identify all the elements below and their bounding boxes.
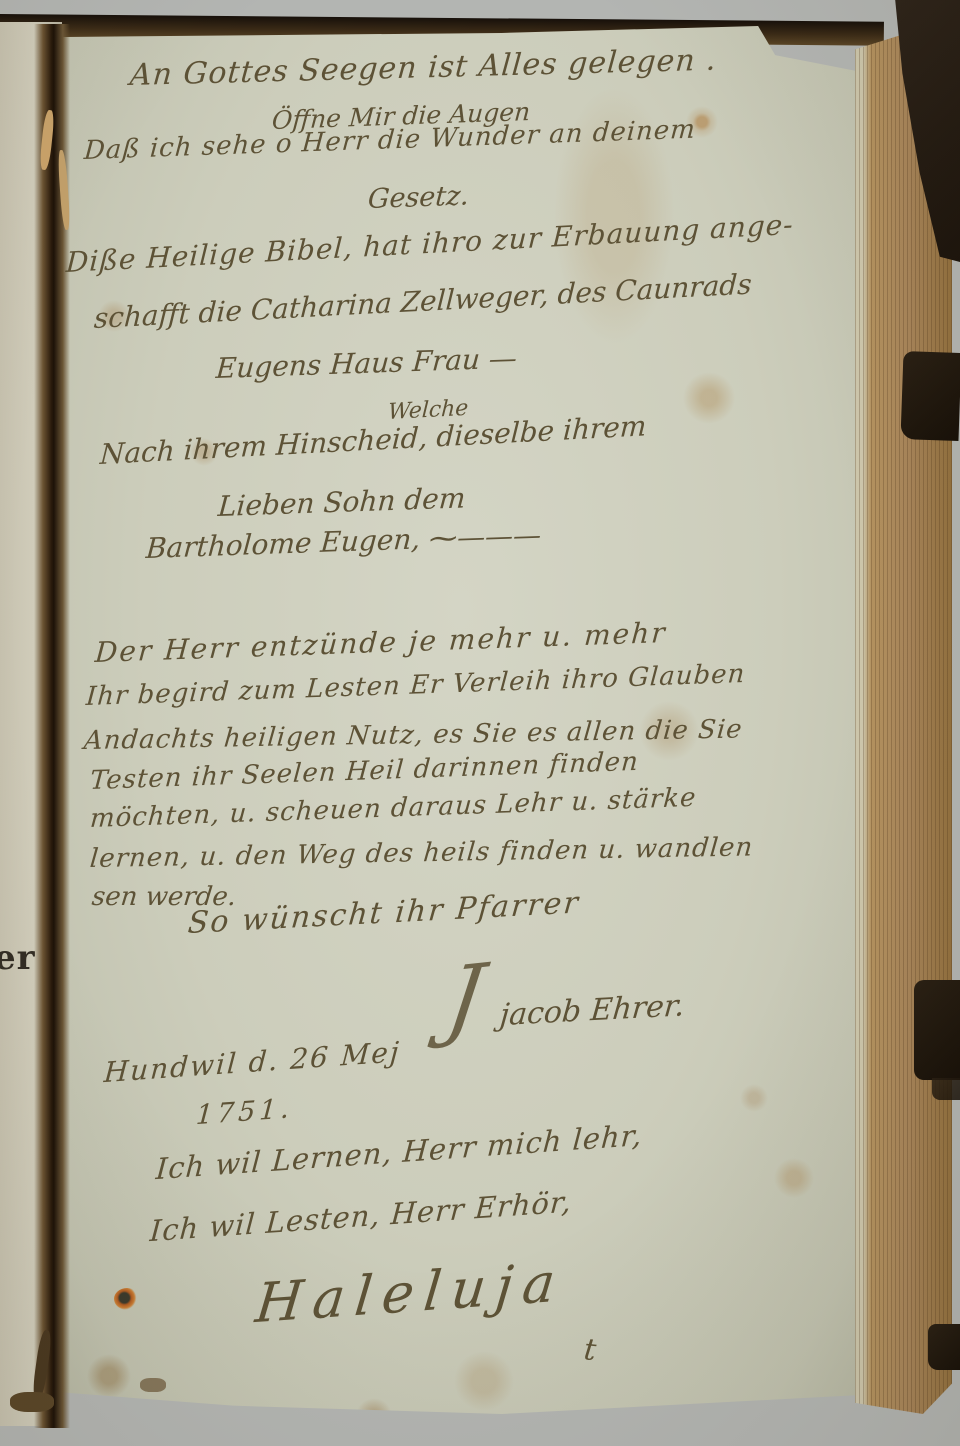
- binding-thread: [10, 1392, 54, 1412]
- metal-clasp-lower: [914, 980, 960, 1080]
- manuscript-line-4: Gesetz.: [367, 180, 470, 215]
- metal-clasp-lower-tail: [932, 1078, 960, 1100]
- photograph-of-manuscript-book: An Gottes Seegen ist Alles gelegen . Öff…: [0, 0, 960, 1446]
- binding-thread: [140, 1378, 166, 1392]
- metal-clasp-upper: [900, 351, 960, 441]
- printed-text-fragment: er: [0, 938, 36, 978]
- binding-gutter: [34, 24, 70, 1428]
- cover-edge-bottom-right: [928, 1324, 960, 1370]
- red-wax-dot: [114, 1288, 140, 1310]
